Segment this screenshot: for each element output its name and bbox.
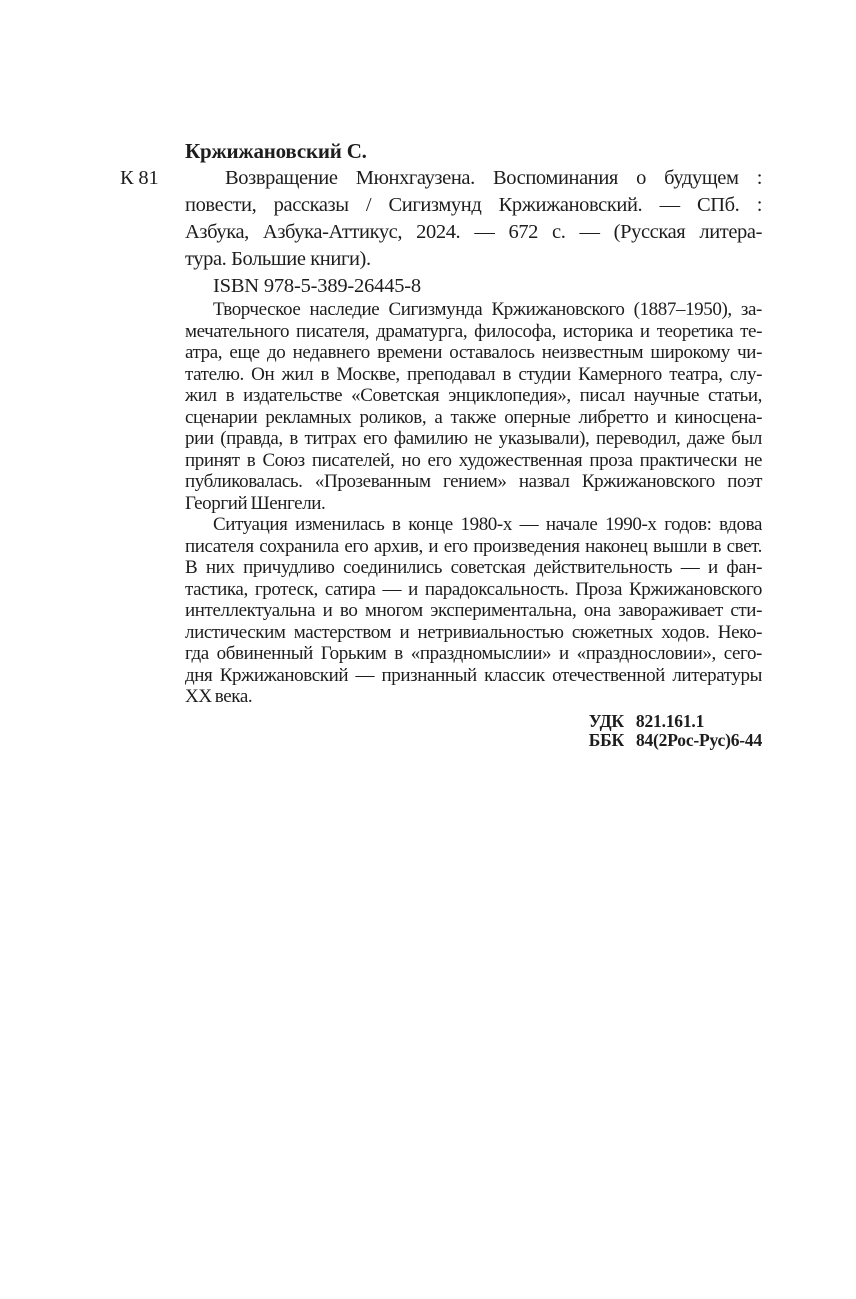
bbk-label: ББК: [589, 730, 624, 750]
text-line: Ситуация изменилась в конце 1980-х — нач…: [185, 514, 762, 536]
text-line: публиковалась. «Прозеванным гением» назв…: [185, 471, 762, 493]
text-column: Кржижановский С. К 81 Возвращение Мюнхга…: [185, 138, 762, 751]
catalog-code: К 81: [120, 165, 159, 192]
bbk-value: 84(2Рос-Рус)6-44: [636, 730, 762, 750]
text-line: дня Кржижановский — признанный классик о…: [185, 665, 762, 687]
text-line: писателя сохранила его архив, и его прои…: [185, 536, 762, 558]
text-line: гда обвиненный Горьким в «праздномыслии»…: [185, 643, 762, 665]
text-line: сценарии рекламных роликов, а также опер…: [185, 407, 762, 429]
text-line: повести, рассказы / Сигизмунд Кржижановс…: [185, 192, 762, 219]
text-line: Возвращение Мюнхгаузена. Воспоминания о …: [185, 165, 762, 192]
text-line: атра, еще до недавнего времени оставалос…: [185, 342, 762, 364]
text-line: мечательного писателя, драматурга, филос…: [185, 321, 762, 343]
text-line: интеллектуальна и во многом эксперимента…: [185, 600, 762, 622]
text-line: ХХ века.: [185, 686, 762, 708]
author-heading: Кржижановский С.: [185, 138, 762, 165]
bibliographic-record: К 81 Возвращение Мюнхгаузена. Воспоминан…: [185, 165, 762, 273]
text-line: Азбука, Азбука-Аттикус, 2024. — 672 с. —…: [185, 219, 762, 246]
classification-codes: УДК821.161.1 ББК84(2Рос-Рус)6-44: [185, 712, 762, 751]
udk-label: УДК: [589, 711, 624, 731]
text-line: листическим мастерством и нетривиальност…: [185, 622, 762, 644]
text-line: принят в Союз писателей, но его художест…: [185, 450, 762, 472]
classification-codes-block: УДК821.161.1 ББК84(2Рос-Рус)6-44: [589, 712, 762, 751]
annotation-paragraph-2: Ситуация изменилась в конце 1980-х — нач…: [185, 514, 762, 708]
text-line: тателю. Он жил в Москве, преподавал в ст…: [185, 364, 762, 386]
text-line: тура. Большие книги).: [185, 246, 762, 273]
bibliographic-description: Возвращение Мюнхгаузена. Воспоминания о …: [185, 165, 762, 273]
bbk-line: ББК84(2Рос-Рус)6-44: [589, 731, 762, 751]
text-line: Георгий Шенгели.: [185, 493, 762, 515]
text-line: В них причудливо соединились советская д…: [185, 557, 762, 579]
book-copyright-page: Кржижановский С. К 81 Возвращение Мюнхга…: [0, 0, 856, 1299]
isbn-line: ISBN 978-5-389-26445-8: [185, 273, 762, 299]
udk-value: 821.161.1: [636, 711, 704, 731]
text-line: рии (правда, в титрах его фамилию не ука…: [185, 428, 762, 450]
udk-line: УДК821.161.1: [589, 712, 762, 732]
text-line: Творческое наследие Сигизмунда Кржижанов…: [185, 299, 762, 321]
text-line: жил в издательстве «Советская энциклопед…: [185, 385, 762, 407]
annotation-paragraph-1: Творческое наследие Сигизмунда Кржижанов…: [185, 299, 762, 514]
text-line: тастика, гротеск, сатира — и парадоксаль…: [185, 579, 762, 601]
